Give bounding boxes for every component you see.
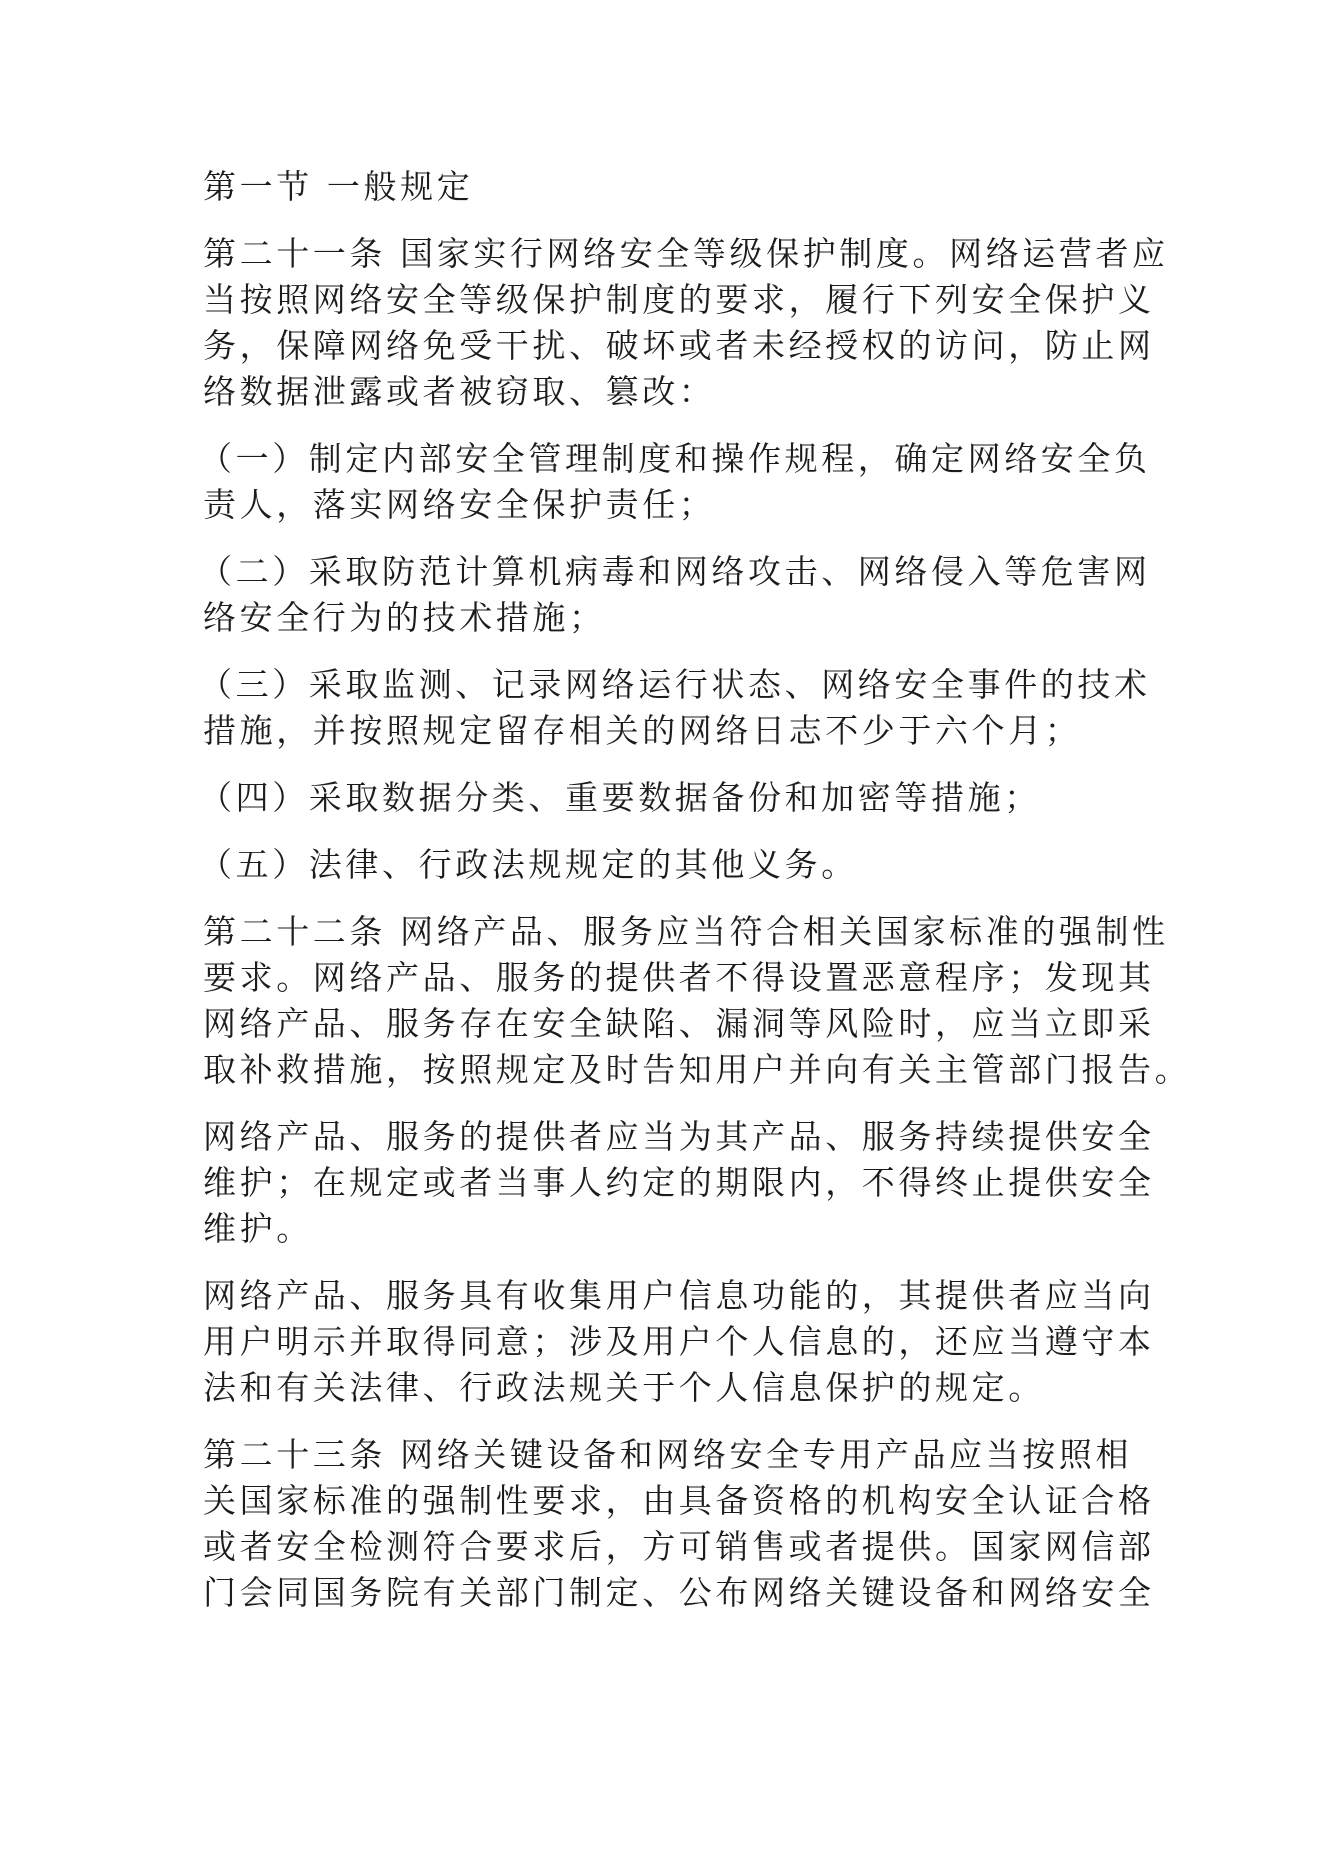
text-line: （三）采取监测、记录网络运行状态、网络安全事件的技术 xyxy=(199,662,1163,708)
article-22-paragraph-2: 网络产品、服务的提供者应当为其产品、服务持续提供安全 维护；在规定或者当事人约定… xyxy=(203,1114,1163,1252)
text-line: （二）采取防范计算机病毒和网络攻击、网络侵入等危害网 xyxy=(199,549,1163,595)
text-line: 第二十二条 网络产品、服务应当符合相关国家标准的强制性 xyxy=(203,909,1163,955)
text-line: 取补救措施，按照规定及时告知用户并向有关主管部门报告。 xyxy=(203,1047,1163,1093)
text-line: 要求。网络产品、服务的提供者不得设置恶意程序；发现其 xyxy=(203,955,1163,1001)
text-line: 第二十一条 国家实行网络安全等级保护制度。网络运营者应 xyxy=(203,231,1163,277)
article-21-item-4: （四）采取数据分类、重要数据备份和加密等措施； xyxy=(203,775,1163,821)
text-line: （五）法律、行政法规规定的其他义务。 xyxy=(199,842,1163,888)
article-21-item-1: （一）制定内部安全管理制度和操作规程，确定网络安全负 责人，落实网络安全保护责任… xyxy=(203,436,1163,528)
article-21-item-5: （五）法律、行政法规规定的其他义务。 xyxy=(203,842,1163,888)
article-21-paragraph: 第二十一条 国家实行网络安全等级保护制度。网络运营者应 当按照网络安全等级保护制… xyxy=(203,231,1163,415)
text-line: 当按照网络安全等级保护制度的要求，履行下列安全保护义 xyxy=(203,277,1163,323)
text-line: 用户明示并取得同意；涉及用户个人信息的，还应当遵守本 xyxy=(203,1319,1163,1365)
article-21-item-3: （三）采取监测、记录网络运行状态、网络安全事件的技术 措施，并按照规定留存相关的… xyxy=(203,662,1163,754)
text-line: （一）制定内部安全管理制度和操作规程，确定网络安全负 xyxy=(199,436,1163,482)
text-line: 措施，并按照规定留存相关的网络日志不少于六个月； xyxy=(203,708,1163,754)
article-21-item-2: （二）采取防范计算机病毒和网络攻击、网络侵入等危害网 络安全行为的技术措施； xyxy=(203,549,1163,641)
text-line: 网络产品、服务的提供者应当为其产品、服务持续提供安全 xyxy=(203,1114,1163,1160)
text-line: 第一节 一般规定 xyxy=(203,164,1163,210)
document-body: 第一节 一般规定 第二十一条 国家实行网络安全等级保护制度。网络运营者应 当按照… xyxy=(203,164,1163,1637)
document-page: 第一节 一般规定 第二十一条 国家实行网络安全等级保护制度。网络运营者应 当按照… xyxy=(0,0,1323,1871)
text-line: 络安全行为的技术措施； xyxy=(203,595,1163,641)
text-line: （四）采取数据分类、重要数据备份和加密等措施； xyxy=(199,775,1163,821)
article-23-paragraph: 第二十三条 网络关键设备和网络安全专用产品应当按照相 关国家标准的强制性要求，由… xyxy=(203,1432,1163,1616)
article-22-paragraph: 第二十二条 网络产品、服务应当符合相关国家标准的强制性 要求。网络产品、服务的提… xyxy=(203,909,1163,1093)
article-22-paragraph-3: 网络产品、服务具有收集用户信息功能的，其提供者应当向 用户明示并取得同意；涉及用… xyxy=(203,1273,1163,1411)
text-line: 务，保障网络免受干扰、破坏或者未经授权的访问，防止网 xyxy=(203,323,1163,369)
text-line: 或者安全检测符合要求后，方可销售或者提供。国家网信部 xyxy=(203,1524,1163,1570)
text-line: 责人，落实网络安全保护责任； xyxy=(203,482,1163,528)
section-heading: 第一节 一般规定 xyxy=(203,164,1163,210)
text-line: 门会同国务院有关部门制定、公布网络关键设备和网络安全 xyxy=(203,1570,1163,1616)
text-line: 网络产品、服务存在安全缺陷、漏洞等风险时，应当立即采 xyxy=(203,1001,1163,1047)
text-line: 法和有关法律、行政法规关于个人信息保护的规定。 xyxy=(203,1365,1163,1411)
text-line: 网络产品、服务具有收集用户信息功能的，其提供者应当向 xyxy=(203,1273,1163,1319)
text-line: 关国家标准的强制性要求，由具备资格的机构安全认证合格 xyxy=(203,1478,1163,1524)
text-line: 络数据泄露或者被窃取、篡改： xyxy=(203,369,1163,415)
text-line: 维护。 xyxy=(203,1206,1163,1252)
text-line: 维护；在规定或者当事人约定的期限内，不得终止提供安全 xyxy=(203,1160,1163,1206)
text-line: 第二十三条 网络关键设备和网络安全专用产品应当按照相 xyxy=(203,1432,1163,1478)
